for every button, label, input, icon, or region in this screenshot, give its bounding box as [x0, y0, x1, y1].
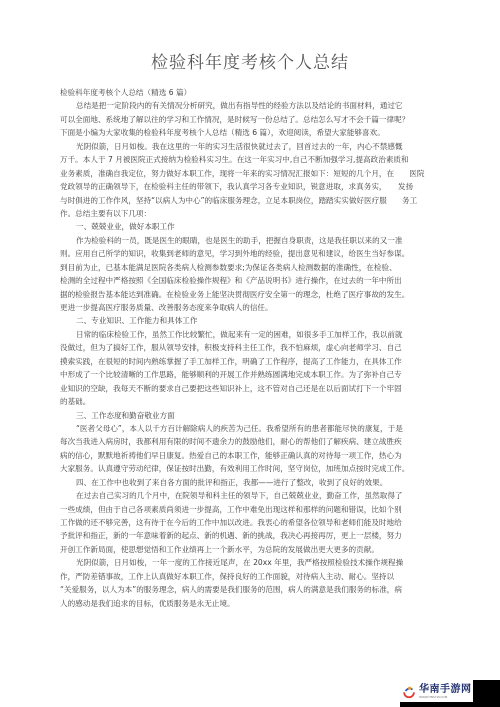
paragraph-line: 业知识的空缺，我每天不断的要求自己要把这些知识补上，这不管对自己还是在以后面试打… [60, 382, 440, 395]
paragraph-line: 与时俱进的工作作风，坚持“以病人为中心”的临床服务理念，立足本职岗位，踏踏实实做… [60, 194, 440, 207]
section-heading: 三、工作态度和勤奋敬业方面 [60, 409, 440, 422]
section-heading: 二、专业知识、工作能力和具体工作 [60, 314, 440, 327]
document-title: 检验科年度考核个人总结 [0, 48, 500, 73]
paragraph-line: 可以全面地、系统地了解以往的学习和工作情况，是时候写一份总结了。总结怎么写才不会… [60, 113, 440, 126]
paragraph-line: 总结是把一定阶段内的有关情况分析研究，做出有指导性的经验方法以及结论的书面材料，… [60, 99, 440, 112]
paragraph-line: 到目前为止，已基本能满足医院各类病人检测参数要求;为保证各类病人检测数据的准确性… [60, 261, 440, 274]
paragraph-line: 没做过，但为了搞好工作，服从领导安排，积极支持科主任工作，我不怕麻烦，虚心向老师… [60, 341, 440, 354]
paragraph-line: 作。总结主要有以下几项： [60, 207, 440, 220]
paragraph-line: 检测的全过程中严格按照《全国临床检验操作规程》和《产品说明书》进行操作，在过去的… [60, 274, 440, 287]
paragraph-line: 业务素质，准确自我定位，努力做好本职工作，现将一年来的实习情况汇报如下：短短的几… [60, 167, 440, 180]
paragraph-line: 据的检验报告基本能达到准确。在检验业务上能坚决贯彻医疗安全第一的理念，杜绝了医疗… [60, 288, 440, 301]
document-body: 检验科年度考核个人总结（精选 6 篇）总结是把一定阶段内的有关情况分析研究，做出… [60, 86, 440, 610]
paragraph-line: 大家服务。认真遵守劳动纪律，保证按时出勤，有效利用工作时间，坚守岗位，加班加点按… [60, 462, 440, 475]
paragraph-line: 中形成了一个比较清晰的工作思路，能够顺利的开展工作并熟练圆满地完成本职工作。为了… [60, 368, 440, 381]
document-page: 检验科年度考核个人总结 检验科年度考核个人总结（精选 6 篇）总结是把一定阶段内… [0, 0, 500, 707]
watermark-logo: 华南手游网 WWW.HNSYW.COM [400, 680, 473, 702]
watermark-subtitle: WWW.HNSYW.COM [419, 695, 472, 699]
paragraph-line: “关爱服务，以人为本”的服务理念，病人的需要是我们服务的范围，病人的满意是我们服… [60, 583, 440, 596]
section-heading: 四、在工作中也收到了来自各方面的批评和指正，我都——进行了整改，收到了良好的效果… [60, 476, 440, 489]
paragraph-line: “医者父母心”，本人以千方百计解除病人的疾苦为己任。我希望所有的患者都能尽快的康… [60, 422, 440, 435]
paragraph-line: 光阴似箭，日月如梭。我在这里的一年的实习生活很快就过去了，回首过去的一年，内心不… [60, 140, 440, 153]
paragraph-line: 开创工作新局面，使思想觉悟和工作业绩再上一个新水平，为总院的发展做出更大更多的贡… [60, 543, 440, 556]
paragraph-line: 更进一步提高医疗服务质量、改善服务态度来争取病人的信任。 [60, 301, 440, 314]
paragraph-line: 予批评和指正，新的一年意味着新的起点、新的机遇、新的挑战，我决心再接再厉，更上一… [60, 529, 440, 542]
paragraph-line: 下面是小编为大家收集的检验科年度考核个人总结（精选 6 篇），欢迎阅读，希望大家… [60, 126, 440, 139]
paragraph-line: 万千。本人于 7 月被医院正式接纳为检验科实习生。在这一年实习中,自己不断加强学… [60, 153, 440, 166]
paragraph-line: 光阴似箭，日月如梭，一年一度的工作接近尾声，在 20xx 年里，我严格按照检验技… [60, 556, 440, 569]
logo-swirl-icon [402, 684, 416, 698]
paragraph-line: 日常的临床检验工作，虽然工作比较繁忙，做起来有一定的困难，如很多手工加样工作，我… [60, 328, 440, 341]
paragraph-line: 作，严防差错事故，工作上认真做好本职工作，保持良好的工作面貌，对待病人主动、耐心… [60, 570, 440, 583]
section-heading: 一、兢兢业业，做好本职工作 [60, 220, 440, 233]
paragraph-line: 的基础。 [60, 395, 440, 408]
paragraph-line: 作为检验科的一员，既是医生的眼睛，也是医生的助手，把握自身职责，这是我任职以来的… [60, 234, 440, 247]
paragraph-line: 每次当我进入病房时，我都利用有限的时间不遗余力的鼓励他们，耐心的帮他们了解疾病、… [60, 435, 440, 448]
paragraph-line: 病的信心，默默地祈祷他们早日康复。热爱自己的本职工作，能够正确认真的对待每一项工… [60, 449, 440, 462]
paragraph-line: 摸索实践，在很短的时间内熟练掌握了手工加样工作，明确了工作程序，提高了工作能力，… [60, 355, 440, 368]
paragraph-line: 人的感动是我们追求的目标，优质服务是永无止境。 [60, 597, 440, 610]
paragraph-line: 工作做的还不够完善，这有待于在今后的工作中加以改进。我衷心的希望各位领导和老师们… [60, 516, 440, 529]
paragraph-line: 检验科年度考核个人总结（精选 6 篇） [60, 86, 440, 99]
watermark-name: 华南手游网 [419, 684, 472, 695]
paragraph-line: 在过去自己实习的几个月中，在院领导和科主任的领导下，自己兢兢业业，勤奋工作，虽然… [60, 489, 440, 502]
paragraph-line: 一些成绩，但由于自己各项素质尚须进一步提高，工作中难免出现这样和那样的问题和错误… [60, 503, 440, 516]
paragraph-line: 则。应用自己所学的知识，收集到老师的意见，学习到外地的经验，提出意见和建议，给医… [60, 247, 440, 260]
paragraph-line: 党政领导的正确领导下，在检验科主任的带领下，我认真学习各专业知识，锐意进取，求真… [60, 180, 440, 193]
